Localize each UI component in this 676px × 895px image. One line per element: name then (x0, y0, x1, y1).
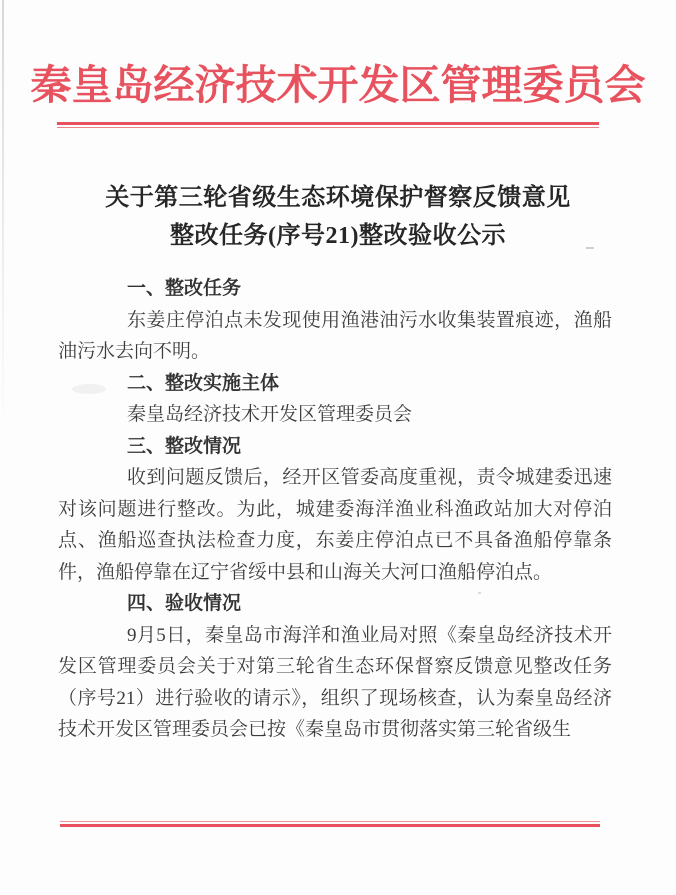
scan-artifact-speck (586, 247, 594, 249)
document-body: 一、整改任务 东姜庄停泊点未发现使用渔港油污水收集装置痕迹，渔船油污水去向不明。… (58, 273, 612, 746)
section-heading-implementing-body: 二、整改实施主体 (58, 368, 612, 400)
scan-artifact-smudge (72, 384, 106, 394)
section-paragraph-rectification-status: 收到问题反馈后，经开区管委高度重视，责令城建委迅速对该问题进行整改。为此，城建委… (58, 462, 612, 588)
document-page: 秦皇岛经济技术开发区管理委员会 关于第三轮省级生态环境保护督察反馈意见 整改任务… (0, 0, 676, 895)
section-heading-rectification-task: 一、整改任务 (58, 273, 612, 305)
document-title: 关于第三轮省级生态环境保护督察反馈意见 整改任务(序号21)整改验收公示 (0, 179, 676, 255)
section-paragraph-implementing-body: 秦皇岛经济技术开发区管理委员会 (58, 399, 612, 431)
agency-name: 秦皇岛经济技术开发区管理委员会 (0, 56, 676, 114)
scan-artifact-speck (478, 592, 481, 594)
section-heading-rectification-status: 三、整改情况 (58, 431, 612, 463)
section-paragraph-acceptance-status: 9月5日，秦皇岛市海洋和渔业局对照《秦皇岛经济技术开发区管理委员会关于对第三轮省… (58, 620, 612, 746)
footer-divider (60, 821, 600, 827)
section-heading-acceptance-status: 四、验收情况 (58, 588, 612, 620)
section-paragraph-rectification-task: 东姜庄停泊点未发现使用渔港油污水收集装置痕迹，渔船油污水去向不明。 (58, 305, 612, 368)
letterhead-divider (57, 122, 599, 128)
document-title-line2: 整改任务(序号21)整改验收公示 (0, 217, 676, 255)
document-title-line1: 关于第三轮省级生态环境保护督察反馈意见 (0, 179, 676, 217)
